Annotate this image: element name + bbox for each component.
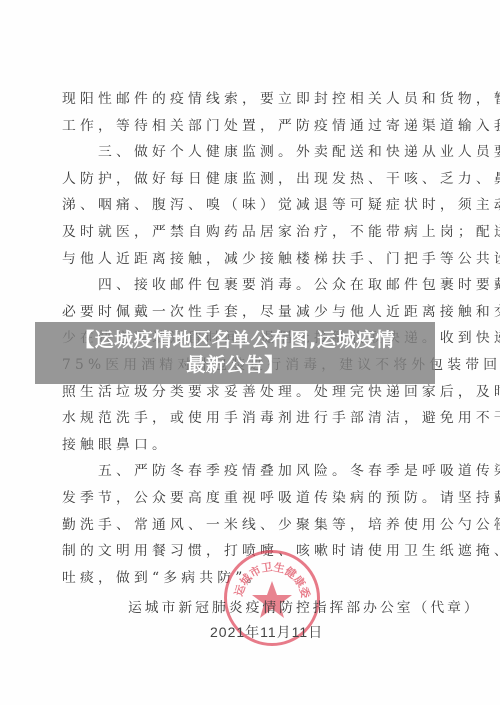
document-line: 水规范洗手，或使用手消毒剂进行手部清洁，避免用不干净的手 [62,405,446,432]
document-page: 现阳性邮件的疫情线索，要立即封控相关人员和货物，暂停经营 工作，等待相关部门处置… [0,0,500,705]
signature-date: 2021年11月11日 [210,622,323,642]
banner-title: 【运城疫情地区名单公布图,运城疫情最新公告】 [70,328,400,378]
document-line: 工作，等待相关部门处置，严防疫情通过寄递渠道输入我市。 [62,113,446,140]
document-line: 接触眼鼻口。 [62,432,446,459]
document-line: 现阳性邮件的疫情线索，要立即封控相关人员和货物，暂停经营 [62,86,446,113]
document-line: 涕、咽痛、腹泻、嗅（味）觉减退等可疑症状时，须主动报告、 [62,192,446,219]
section-heading-3: 三、做好个人健康监测。外卖配送和快递从业人员要加强个 [62,139,446,166]
section-heading-5: 五、严防冬春季疫情叠加风险。冬春季是呼吸道传染病的高 [62,458,446,485]
document-line: 及时就医，严禁自购药品居家治疗，不能带病上岗；配送时避免 [62,219,446,246]
document-line: 勤洗手、常通风、一米线、少聚集等，培养使用公勺公筷和分餐 [62,512,446,539]
section-heading-4: 四、接收邮件包裹要消毒。公众在取邮件包裹时要戴好口罩， [62,272,446,299]
document-line: 人防护，做好每日健康监测，出现发热、干咳、乏力、鼻塞、流 [62,166,446,193]
title-overlay-banner: 【运城疫情地区名单公布图,运城疫情最新公告】 [35,322,435,384]
document-line: 发季节，公众要高度重视呼吸道传染病的预防。请坚持戴口罩、 [62,485,446,512]
signature-issuer: 运城市新冠肺炎疫情防控指挥部办公室（代章） [128,596,481,616]
document-line: 与他人近距离接触，减少接触楼梯扶手、门把手等公共设施。 [62,246,446,273]
